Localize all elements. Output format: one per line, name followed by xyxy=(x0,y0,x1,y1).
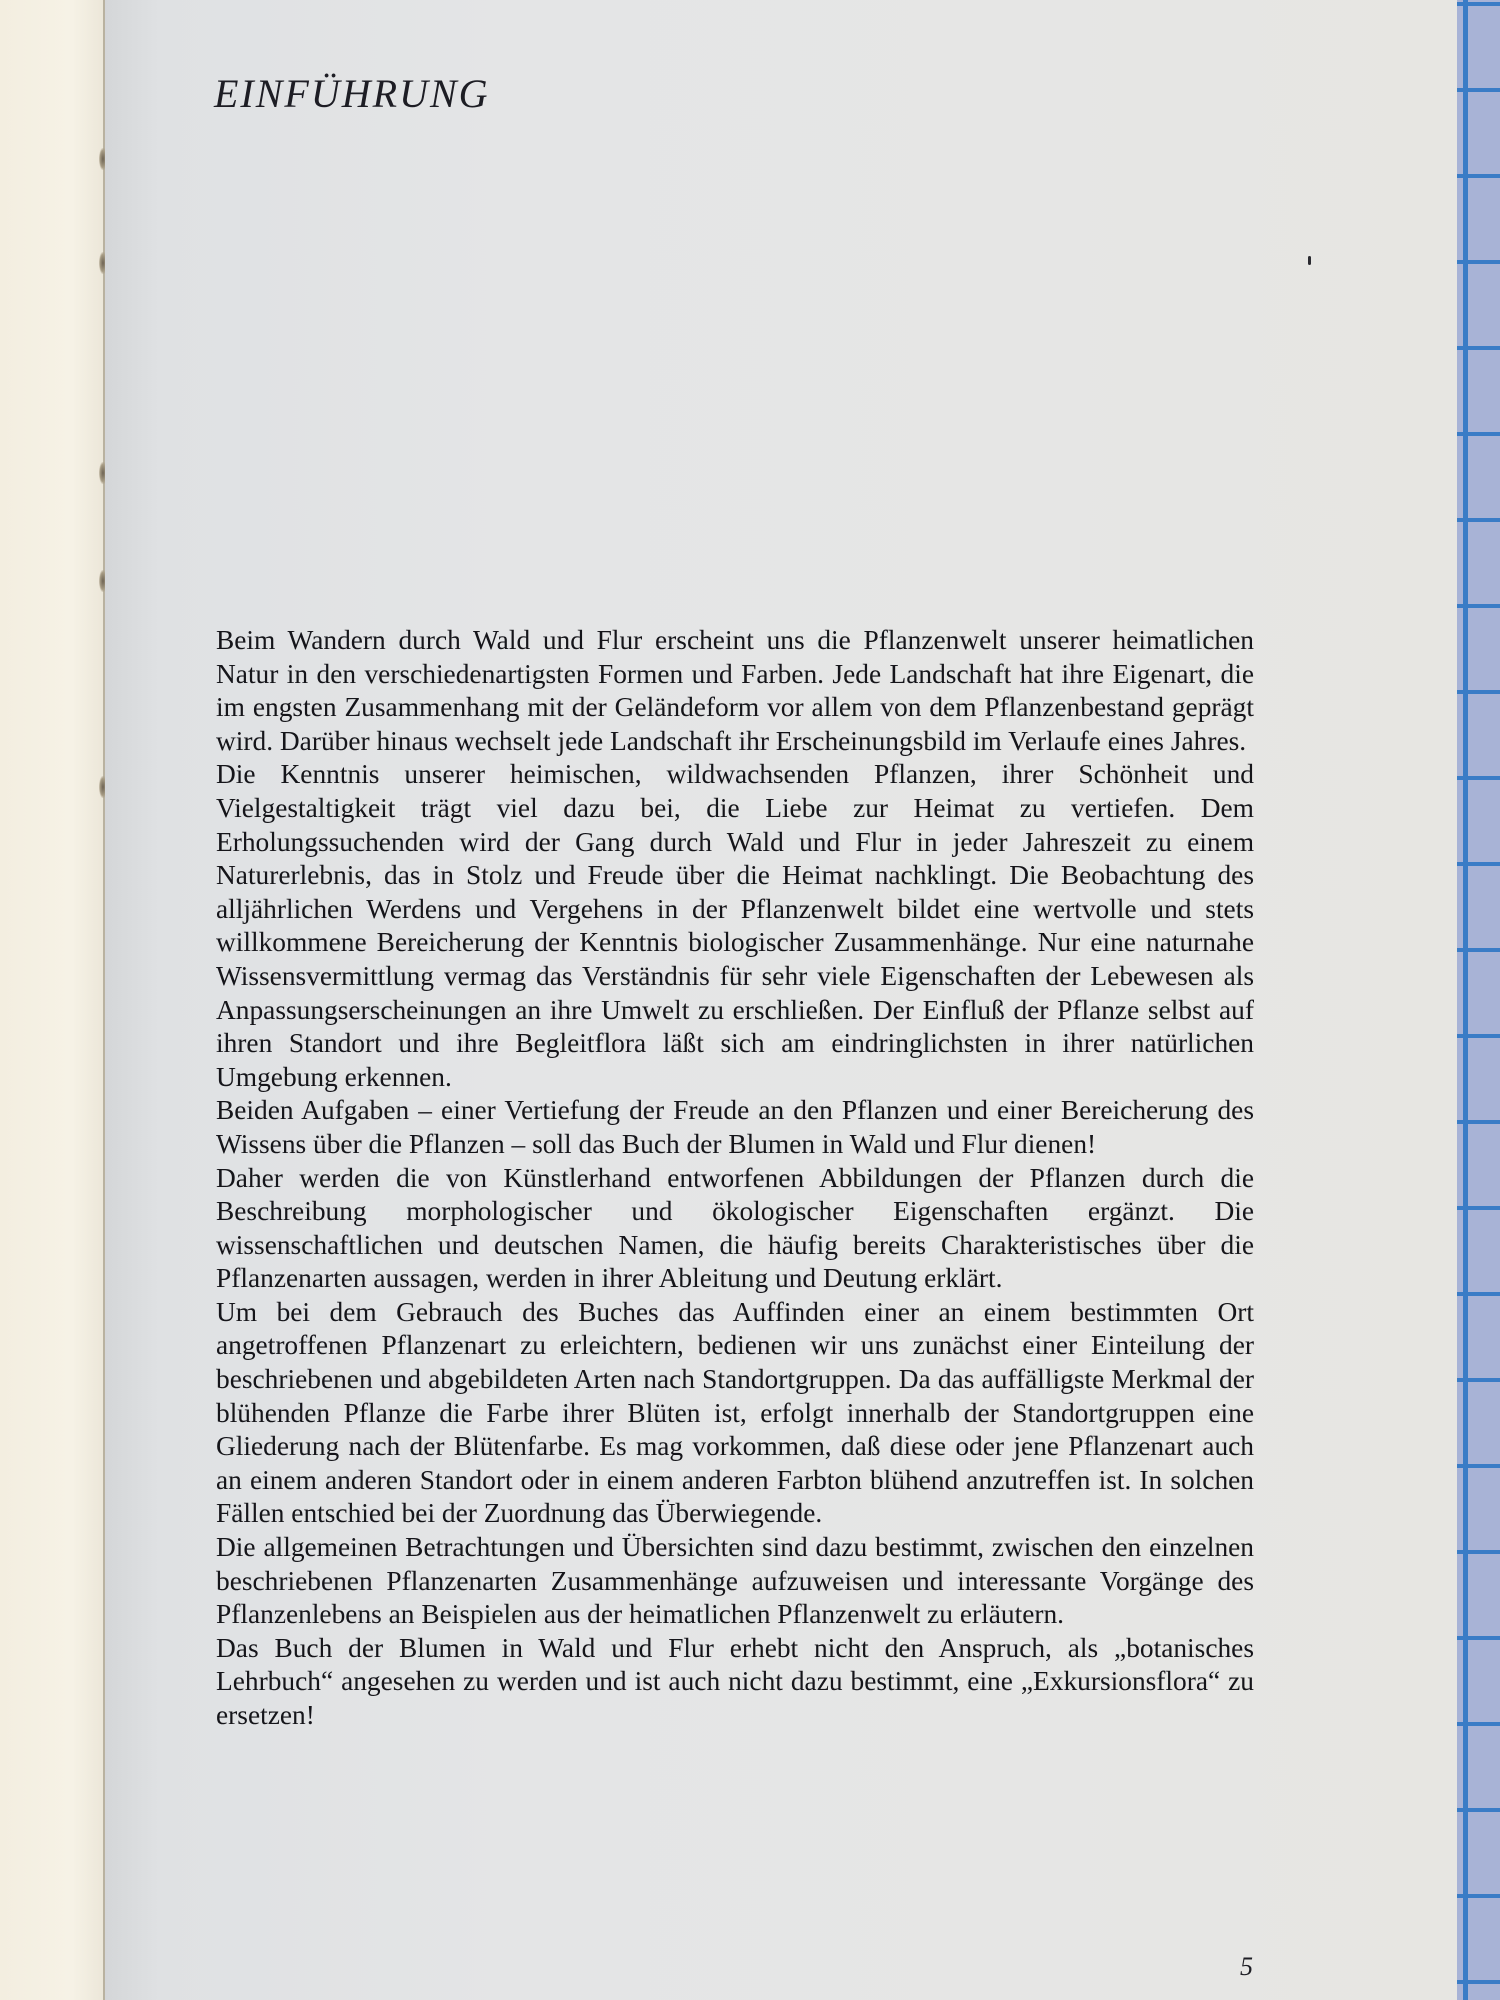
grid-paper-background xyxy=(1457,0,1500,2000)
page-title: EINFÜHRUNG xyxy=(214,70,490,117)
facing-page xyxy=(0,0,103,2000)
paragraph: Daher werden die von Künstlerhand entwor… xyxy=(216,1162,1254,1296)
paragraph: Beiden Aufgaben – einer Vertiefung der F… xyxy=(216,1094,1254,1161)
paragraph: Um bei dem Gebrauch des Buches das Auffi… xyxy=(216,1296,1254,1531)
paragraph: Die Kenntnis unserer heimischen, wildwac… xyxy=(216,758,1254,1094)
body-text: Beim Wandern durch Wald und Flur erschei… xyxy=(216,624,1254,1733)
paragraph: Das Buch der Blumen in Wald und Flur erh… xyxy=(216,1632,1254,1733)
paragraph: Beim Wandern durch Wald und Flur erschei… xyxy=(216,624,1254,758)
paragraph: Die allgemeinen Betrachtungen und Übersi… xyxy=(216,1531,1254,1632)
ink-speck xyxy=(1308,256,1311,265)
page-number: 5 xyxy=(1240,1952,1253,1982)
